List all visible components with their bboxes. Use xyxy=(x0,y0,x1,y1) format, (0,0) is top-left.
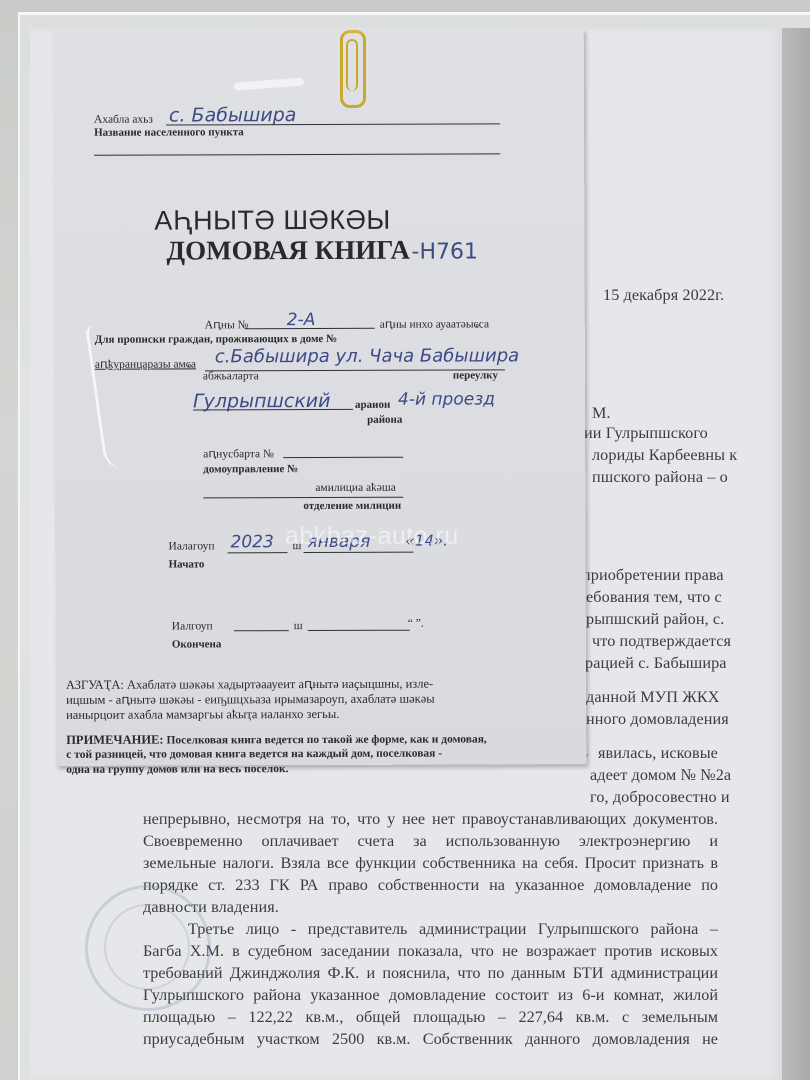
district-label-abkh: араион xyxy=(355,399,390,411)
title-abkh: АԦНЫТӘ ШӘКӘЫ xyxy=(154,200,391,238)
house-label-abkh: Аԥны № xyxy=(205,317,249,331)
letter-fragment: лориды Карбеевны к xyxy=(592,446,737,465)
house-suffix-abkh: аԥны инхо ауаатәыҩса xyxy=(380,316,489,330)
watermark: abkhaz-auto.ru xyxy=(285,522,459,551)
street-sub-ru: переулку xyxy=(453,369,498,381)
lane-value: 4-й проезд xyxy=(398,389,495,409)
police-label-ru: отделение милиции xyxy=(303,500,401,512)
note-abkh-line: Ахаблатә шәкәы хадыртәаауеит аԥнытә иаҫы… xyxy=(127,677,433,692)
housing-label-abkh: аԥнусбарта № xyxy=(203,446,274,460)
settlement-label-ru: Название населенного пункта xyxy=(94,126,244,139)
letter-fragment: рыпшский район, с. xyxy=(586,610,724,629)
paragraph-line: непрерывно, несмотря на то, что у нее не… xyxy=(143,810,718,829)
letter-fragment: рацией с. Бабышира xyxy=(585,654,727,673)
started-year: 2023 xyxy=(230,532,273,552)
paragraph-line: Багба Х.М. в судебном заседании показала… xyxy=(143,942,718,961)
house-label-ru: Для прописки граждан, проживающих в доме… xyxy=(95,333,337,346)
house-value: 2-А xyxy=(287,310,316,330)
paragraph-line: порядке ст. 233 ГК РА право собственност… xyxy=(143,876,718,895)
letter-fragment: М. xyxy=(592,404,611,423)
ended-year-suffix: ш xyxy=(294,620,303,632)
official-stamp xyxy=(85,885,211,1011)
letter-fragment: ении Гулрыпшского xyxy=(568,424,708,443)
note-ru-label: ПРИМЕЧАНИЕ: xyxy=(66,733,163,747)
ended-quotes: “ ”. xyxy=(408,618,424,630)
letter-fragment: приобретении права xyxy=(582,566,724,585)
letter-fragment: пшского района – о xyxy=(592,468,728,487)
letter-fragment: данной МУП ЖКХ xyxy=(586,688,720,707)
note-ru-line: с той разницей, что домовая книга ведетс… xyxy=(66,747,442,763)
paragraph-line: приусадебным участком 2500 кв.м. Собстве… xyxy=(143,1030,718,1049)
paperclip xyxy=(340,30,366,108)
street-value: с.Бабышира ул. Чача Бабышира xyxy=(215,345,519,367)
letter-fragment: явилась, исковые xyxy=(598,744,718,763)
title-ru: ДОМОВАЯ КНИГА xyxy=(166,235,410,267)
letter-fragment: го, добросовестно и xyxy=(590,788,730,807)
letter-fragment: адеет домом № №2а xyxy=(590,766,731,785)
settlement-label-abkh: Ахабла ахьз xyxy=(94,114,153,126)
paragraph-line: площадью – 122,22 кв.м., общей площадью … xyxy=(143,1008,718,1027)
street-sub-abkh: абжьаларта xyxy=(203,370,259,382)
letter-fragment: что подтверждается xyxy=(592,632,731,651)
ended-label-abkh: Иалгоуп xyxy=(172,620,213,632)
house-book-cover: Ахабла ахьз с. Бабышира Название населен… xyxy=(54,29,587,766)
note-abkh-line: ицшым - аԥнытә шәкәы - еиҧшцхьаза ирымаз… xyxy=(66,692,435,708)
paragraph-line: требований Джинджолия Ф.К. и пояснила, ч… xyxy=(143,964,718,983)
paragraph-line: земельные налоги. Взяла все функции собс… xyxy=(143,854,718,873)
paragraph-line: Гулрыпшского района указанное домовладен… xyxy=(143,986,718,1005)
ended-label-ru: Окончена xyxy=(172,638,222,650)
note-ru-line: одна на группу домов или на весь поселок… xyxy=(66,762,288,778)
letter-fragment: нного домовладения xyxy=(586,710,729,729)
glare xyxy=(234,78,304,91)
paragraph-line: Третье лицо - представитель администраци… xyxy=(188,920,718,939)
paragraph-line: Своевременно оплачивает счета за использ… xyxy=(143,832,718,851)
background-edge xyxy=(782,28,810,1080)
note-abkh-label: АЗГУАҬА: xyxy=(66,678,124,692)
note-abkh: АЗГУАҬА: Ахаблатә шәкәы хадыртәаауеит аԥ… xyxy=(66,677,433,693)
note-ru-line: Поселковая книга ведется по такой же фор… xyxy=(166,733,486,746)
letter-date: 15 декабря 2022г. xyxy=(603,286,724,305)
district-label-ru: района xyxy=(367,414,402,426)
book-number: -Н761 xyxy=(411,239,478,264)
started-label-abkh: Иалагоуп xyxy=(168,540,214,552)
note-abkh-line: ианырцоит ахабла мамзаргьы аҟыҭа иаланхо… xyxy=(66,707,339,723)
started-label-ru: Начато xyxy=(169,558,205,570)
letter-fragment: ебования тем, что с xyxy=(586,588,722,607)
housing-label-ru: домоуправление № xyxy=(203,463,298,475)
police-label-abkh: амилициа аҟәша xyxy=(315,482,396,494)
